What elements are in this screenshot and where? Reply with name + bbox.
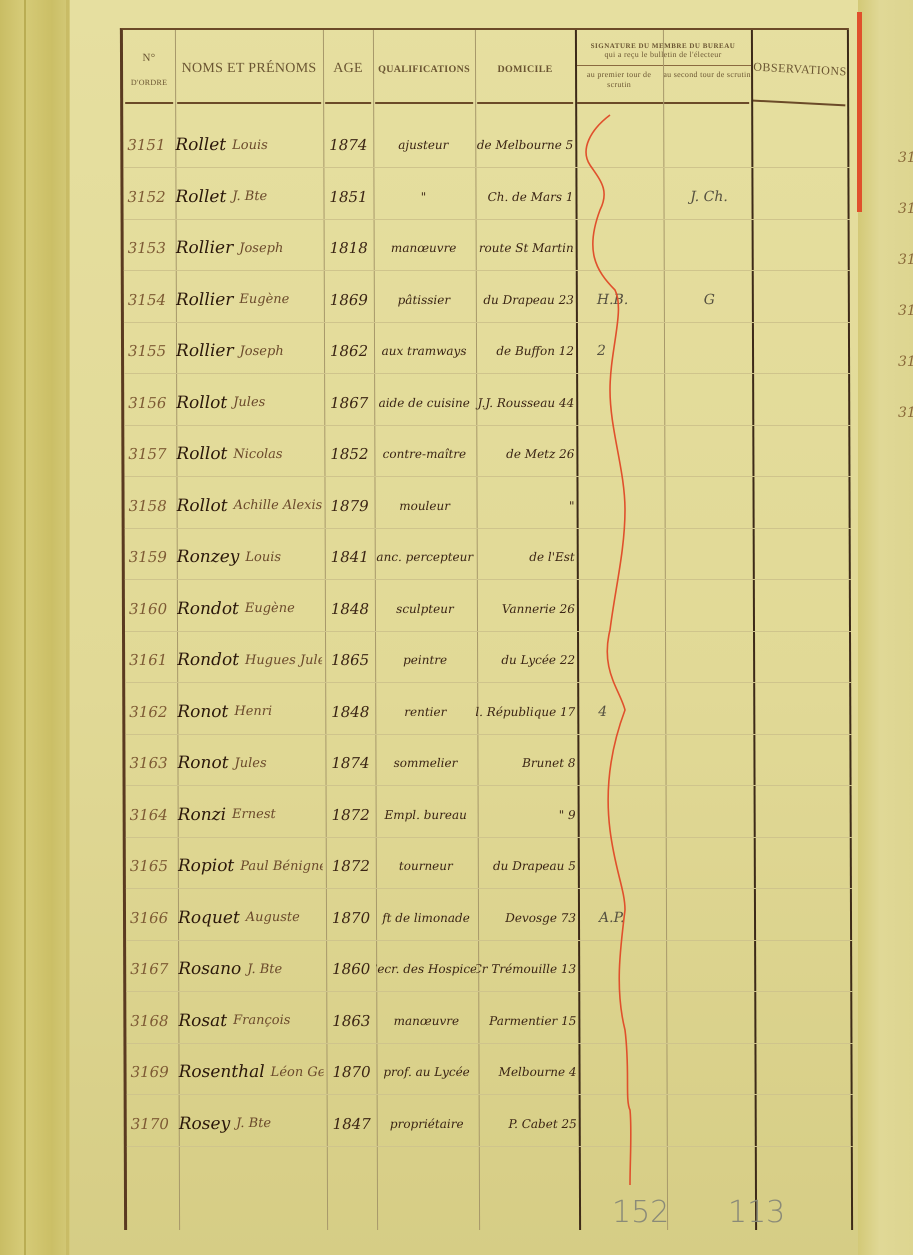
domicile: Melbourne 4: [476, 1057, 576, 1087]
signature-second-round: [669, 1006, 754, 1036]
voter-name: RonotHenri: [177, 697, 322, 727]
qualification: sommelier: [375, 748, 475, 778]
given-names: J. Bte: [236, 1116, 271, 1131]
voter-name: RollierJoseph: [176, 233, 321, 263]
header-observations: Observations: [749, 27, 851, 110]
domicile: de l'Est: [475, 542, 575, 572]
signature-second-round: [668, 645, 753, 675]
birth-year: 1869: [324, 285, 374, 315]
header-names-label: Noms et prénoms: [182, 61, 317, 77]
signature-second-round: [666, 130, 751, 160]
birth-year: 1867: [324, 388, 374, 418]
domicile: r. de Melbourne 5: [473, 130, 573, 160]
qualification: manœuvre: [374, 233, 474, 263]
signature-second-round: [669, 903, 754, 933]
row-rule: [126, 991, 852, 992]
row-rule: [125, 631, 851, 632]
given-names: Hugues Jules: [245, 653, 322, 668]
birth-year: 1862: [324, 336, 374, 366]
signature-second-round: [667, 336, 752, 366]
birth-year: 1872: [326, 851, 376, 881]
qualification: ": [373, 182, 473, 212]
header-age: Age: [323, 30, 373, 108]
header-first-round: au premier tour de scrutin: [575, 70, 663, 90]
row-rule: [127, 1146, 853, 1147]
row-rule: [123, 167, 849, 168]
given-names: Achille Alexis: [234, 498, 322, 513]
birth-year: 1847: [327, 1109, 377, 1139]
header-qualifications-label: Qualifications: [378, 64, 470, 75]
table-row: 3162RonotHenri1848rentierPl. République …: [125, 687, 851, 735]
given-names: J. Bte: [247, 962, 282, 977]
row-rule: [125, 579, 851, 580]
surname: Rosey: [179, 1114, 231, 1134]
table-row: 3165RopiotPaul Bénigne1872tourneurdu Dra…: [126, 841, 852, 889]
given-names: Léon Georges: [271, 1065, 324, 1080]
domicile: " 9: [476, 800, 576, 830]
voter-name: RosanoJ. Bte: [178, 954, 323, 984]
qualification: anc. percepteur: [375, 542, 475, 572]
order-number: 3155: [128, 336, 178, 366]
binding-fold: [66, 0, 69, 1255]
order-number: 3163: [129, 748, 179, 778]
surname: Rollier: [176, 290, 234, 310]
order-number: 3170: [131, 1109, 181, 1139]
table-row: 3159RonzeyLouis1841anc. percepteurde l'E…: [125, 532, 851, 580]
birth-year: 1852: [324, 439, 374, 469]
table-row: 3160RondotEugène1848sculpteurVannerie 26: [125, 584, 851, 632]
domicile: Vannerie 26: [475, 594, 575, 624]
register-table: N° d'ordre Noms et prénoms Age Qualifica…: [120, 28, 853, 1230]
given-names: Louis: [245, 550, 281, 565]
table-row: 3167RosanoJ. Bte1860Secr. des HospicesCr…: [126, 944, 852, 992]
next-page-edge: [858, 0, 913, 1255]
given-names: Jules: [235, 756, 267, 771]
domicile: route St Martin: [474, 233, 574, 263]
surname: Ropiot: [178, 856, 234, 876]
surname: Rollot: [177, 496, 228, 516]
order-number: 3154: [128, 285, 178, 315]
voter-name: RollotNicolas: [176, 439, 321, 469]
order-number: 3158: [129, 491, 179, 521]
voter-name: RollotJules: [176, 388, 321, 418]
table-row: 3155RollierJoseph1862aux tramwaysde Buff…: [124, 326, 850, 374]
row-rule: [124, 270, 850, 271]
row-rule: [125, 528, 851, 529]
signature-second-round: [669, 1057, 754, 1087]
next-page-row-number: 31: [898, 201, 913, 217]
table-row: 3161RondotHugues Jules1865peintredu Lycé…: [125, 635, 851, 683]
signature-second-round: [670, 1109, 755, 1139]
given-names: Auguste: [246, 910, 300, 925]
table-row: 3169RosenthalLéon Georges1870prof. au Ly…: [126, 1047, 852, 1095]
domicile: de Buffon 12: [474, 336, 574, 366]
surname: Rosenthal: [179, 1062, 265, 1082]
qualification: manœuvre: [376, 1006, 476, 1036]
red-pencil-tally-line: [570, 110, 650, 1190]
header-observations-label: Observations: [753, 59, 847, 79]
next-page-row-number: 31: [898, 405, 913, 421]
given-names: Ernest: [232, 807, 276, 822]
header-qualifications: Qualifications: [373, 30, 475, 108]
signature-second-round: [668, 594, 753, 624]
surname: Rosano: [178, 959, 241, 979]
next-page-row-number: 31: [898, 303, 913, 319]
domicile: de Metz 26: [474, 439, 574, 469]
surname: Rollet: [175, 187, 226, 207]
domicile: du Lycée 22: [475, 645, 575, 675]
row-rule: [124, 322, 850, 323]
total-second-round: 113: [728, 1195, 785, 1230]
given-names: Louis: [232, 138, 268, 153]
birth-year: 1818: [324, 233, 374, 263]
header-age-label: Age: [333, 61, 363, 77]
table-row: 3168RosatFrançois1863manœuvreParmentier …: [126, 996, 852, 1044]
order-number: 3162: [129, 697, 179, 727]
row-rule: [126, 888, 852, 889]
domicile: du Drapeau 23: [474, 285, 574, 315]
table-row: 3157RollotNicolas1852contre-maîtrede Met…: [124, 429, 850, 477]
voter-name: RosatFrançois: [178, 1006, 323, 1036]
birth-year: 1870: [326, 1057, 376, 1087]
signature-second-round: [669, 954, 754, 984]
header-no-sub: d'ordre: [131, 78, 167, 87]
voter-name: RollierEugène: [176, 285, 321, 315]
order-number: 3151: [127, 130, 177, 160]
row-rule: [124, 476, 850, 477]
qualification: sculpteur: [375, 594, 475, 624]
birth-year: 1879: [325, 491, 375, 521]
next-page-row-number: 31: [898, 354, 913, 370]
row-rule: [126, 837, 852, 838]
qualification: mouleur: [375, 491, 475, 521]
order-number: 3168: [130, 1006, 180, 1036]
order-number: 3152: [127, 182, 177, 212]
given-names: François: [233, 1013, 290, 1028]
domicile: Devosge 73: [476, 903, 576, 933]
signature-second-round: [668, 748, 753, 778]
surname: Ronzi: [178, 805, 226, 825]
domicile: J.J. Rousseau 44: [474, 388, 574, 418]
signature-second-round: [669, 800, 754, 830]
qualification: rentier: [375, 697, 475, 727]
voter-name: RolletJ. Bte: [175, 182, 320, 212]
birth-year: 1860: [326, 954, 376, 984]
voter-name: RonziErnest: [178, 800, 323, 830]
birth-year: 1874: [323, 130, 373, 160]
surname: Ronzey: [177, 547, 240, 567]
table-row: 3163RonotJules1874sommelierBrunet 8: [125, 738, 851, 786]
birth-year: 1865: [325, 645, 375, 675]
birth-year: 1848: [325, 594, 375, 624]
header-domicile-label: Domicile: [497, 64, 552, 75]
signature-second-round: G: [667, 285, 752, 315]
row-rule: [126, 785, 852, 786]
row-rule: [125, 734, 851, 735]
voter-name: RoseyJ. Bte: [179, 1109, 324, 1139]
qualification: aux tramways: [374, 336, 474, 366]
order-number: 3161: [129, 645, 179, 675]
surname: Rollier: [176, 341, 234, 361]
qualification: ajusteur: [373, 130, 473, 160]
given-names: Jules: [233, 395, 265, 410]
next-page-row-number: 31: [898, 252, 913, 268]
order-number: 3167: [130, 954, 180, 984]
surname: Rollier: [176, 238, 234, 258]
row-rule: [127, 1094, 853, 1095]
order-number: 3164: [130, 800, 180, 830]
birth-year: 1874: [325, 748, 375, 778]
voter-name: RondotEugène: [177, 594, 322, 624]
header-second-round: au second tour de scrutin: [663, 70, 751, 90]
qualification: pâtissier: [374, 285, 474, 315]
voter-name: RoquetAuguste: [178, 903, 323, 933]
birth-year: 1841: [325, 542, 375, 572]
given-names: J. Bte: [232, 189, 267, 204]
total-first-round: 152: [612, 1195, 669, 1230]
voter-name: RosenthalLéon Georges: [178, 1057, 323, 1087]
signature-second-round: [667, 388, 752, 418]
domicile: du Drapeau 5: [476, 851, 576, 881]
voter-name: RonotJules: [177, 748, 322, 778]
domicile: Ch. de Mars 1: [473, 182, 573, 212]
qualification: peintre: [375, 645, 475, 675]
voter-name: RollierJoseph: [176, 336, 321, 366]
qualification: contre-maître: [374, 439, 474, 469]
birth-year: 1851: [323, 182, 373, 212]
domicile: Parmentier 15: [476, 1006, 576, 1036]
table-row: 3164RonziErnest1872Empl. bureau" 9: [126, 790, 852, 838]
table-row: 3158RollotAchille Alexis1879mouleur": [124, 481, 850, 529]
row-rule: [126, 1043, 852, 1044]
row-rule: [124, 425, 850, 426]
given-names: Joseph: [239, 241, 283, 256]
domicile: ": [475, 491, 575, 521]
header-names: Noms et prénoms: [175, 30, 323, 108]
domicile: P. Cabet 25: [477, 1109, 577, 1139]
signature-second-round: [667, 439, 752, 469]
red-page-edge: [857, 12, 862, 212]
surname: Rosat: [178, 1011, 227, 1031]
header-no-label: N°: [142, 52, 155, 64]
table-row: 3170RoseyJ. Bte1847propriétaireP. Cabet …: [127, 1099, 853, 1147]
row-rule: [124, 219, 850, 220]
order-number: 3157: [128, 439, 178, 469]
qualification: prof. au Lycée: [376, 1057, 476, 1087]
signature-second-round: [668, 697, 753, 727]
order-number: 3169: [130, 1057, 180, 1087]
order-number: 3159: [129, 542, 179, 572]
voter-name: RonzeyLouis: [177, 542, 322, 572]
surname: Rondot: [177, 650, 239, 670]
signature-second-round: [668, 491, 753, 521]
order-number: 3153: [128, 233, 178, 263]
voter-name: RopiotPaul Bénigne: [178, 851, 323, 881]
domicile: Brunet 8: [475, 748, 575, 778]
order-number: 3165: [130, 851, 180, 881]
birth-year: 1863: [326, 1006, 376, 1036]
table-row: 3166RoquetAuguste1870ft de limonadeDevos…: [126, 893, 852, 941]
table-row: 3154RollierEugène1869pâtissierdu Drapeau…: [124, 275, 850, 323]
domicile: Cr Trémouille 13: [476, 954, 576, 984]
voter-name: RondotHugues Jules: [177, 645, 322, 675]
table-row: 3151RolletLouis1874ajusteurr. de Melbour…: [123, 120, 849, 168]
surname: Rollot: [176, 393, 227, 413]
row-rule: [125, 682, 851, 683]
binding-crease: [24, 0, 26, 1255]
surname: Ronot: [177, 702, 228, 722]
surname: Rollot: [176, 444, 227, 464]
given-names: Henri: [234, 704, 272, 719]
given-names: Joseph: [240, 344, 284, 359]
header-order-number: N° d'ordre: [123, 30, 175, 108]
next-page-row-number: 31: [898, 150, 913, 166]
signature-second-round: [669, 851, 754, 881]
qualification: propriétaire: [377, 1109, 477, 1139]
qualification: Secr. des Hospices: [376, 954, 476, 984]
order-number: 3166: [130, 903, 180, 933]
voter-name: RolletLouis: [175, 130, 320, 160]
surname: Roquet: [178, 908, 240, 928]
given-names: Nicolas: [233, 447, 282, 462]
surname: Rondot: [177, 599, 239, 619]
header-domicile: Domicile: [475, 30, 575, 108]
surname: Ronot: [177, 753, 228, 773]
birth-year: 1872: [326, 800, 376, 830]
qualification: Empl. bureau: [376, 800, 476, 830]
given-names: Eugène: [239, 292, 289, 307]
signature-second-round: [667, 233, 752, 263]
qualification: tourneur: [376, 851, 476, 881]
domicile: Pl. République 17: [475, 697, 575, 727]
given-names: Eugène: [245, 601, 295, 616]
signature-second-round: J. Ch.: [666, 182, 751, 212]
birth-year: 1848: [325, 697, 375, 727]
given-names: Paul Bénigne: [240, 859, 323, 874]
signature-second-round: [668, 542, 753, 572]
table-header: N° d'ordre Noms et prénoms Age Qualifica…: [123, 30, 849, 108]
birth-year: 1870: [326, 903, 376, 933]
table-row: 3156RollotJules1867aide de cuisineJ.J. R…: [124, 378, 850, 426]
row-rule: [124, 373, 850, 374]
qualification: aide de cuisine: [374, 388, 474, 418]
order-number: 3160: [129, 594, 179, 624]
voter-name: RollotAchille Alexis: [177, 491, 322, 521]
surname: Rollet: [175, 135, 226, 155]
table-row: 3152RolletJ. Bte1851"Ch. de Mars 1J. Ch.: [123, 172, 849, 220]
qualification: ft de limonade: [376, 903, 476, 933]
order-number: 3156: [128, 388, 178, 418]
table-row: 3153RollierJoseph1818manœuvreroute St Ma…: [124, 223, 850, 271]
row-rule: [126, 940, 852, 941]
